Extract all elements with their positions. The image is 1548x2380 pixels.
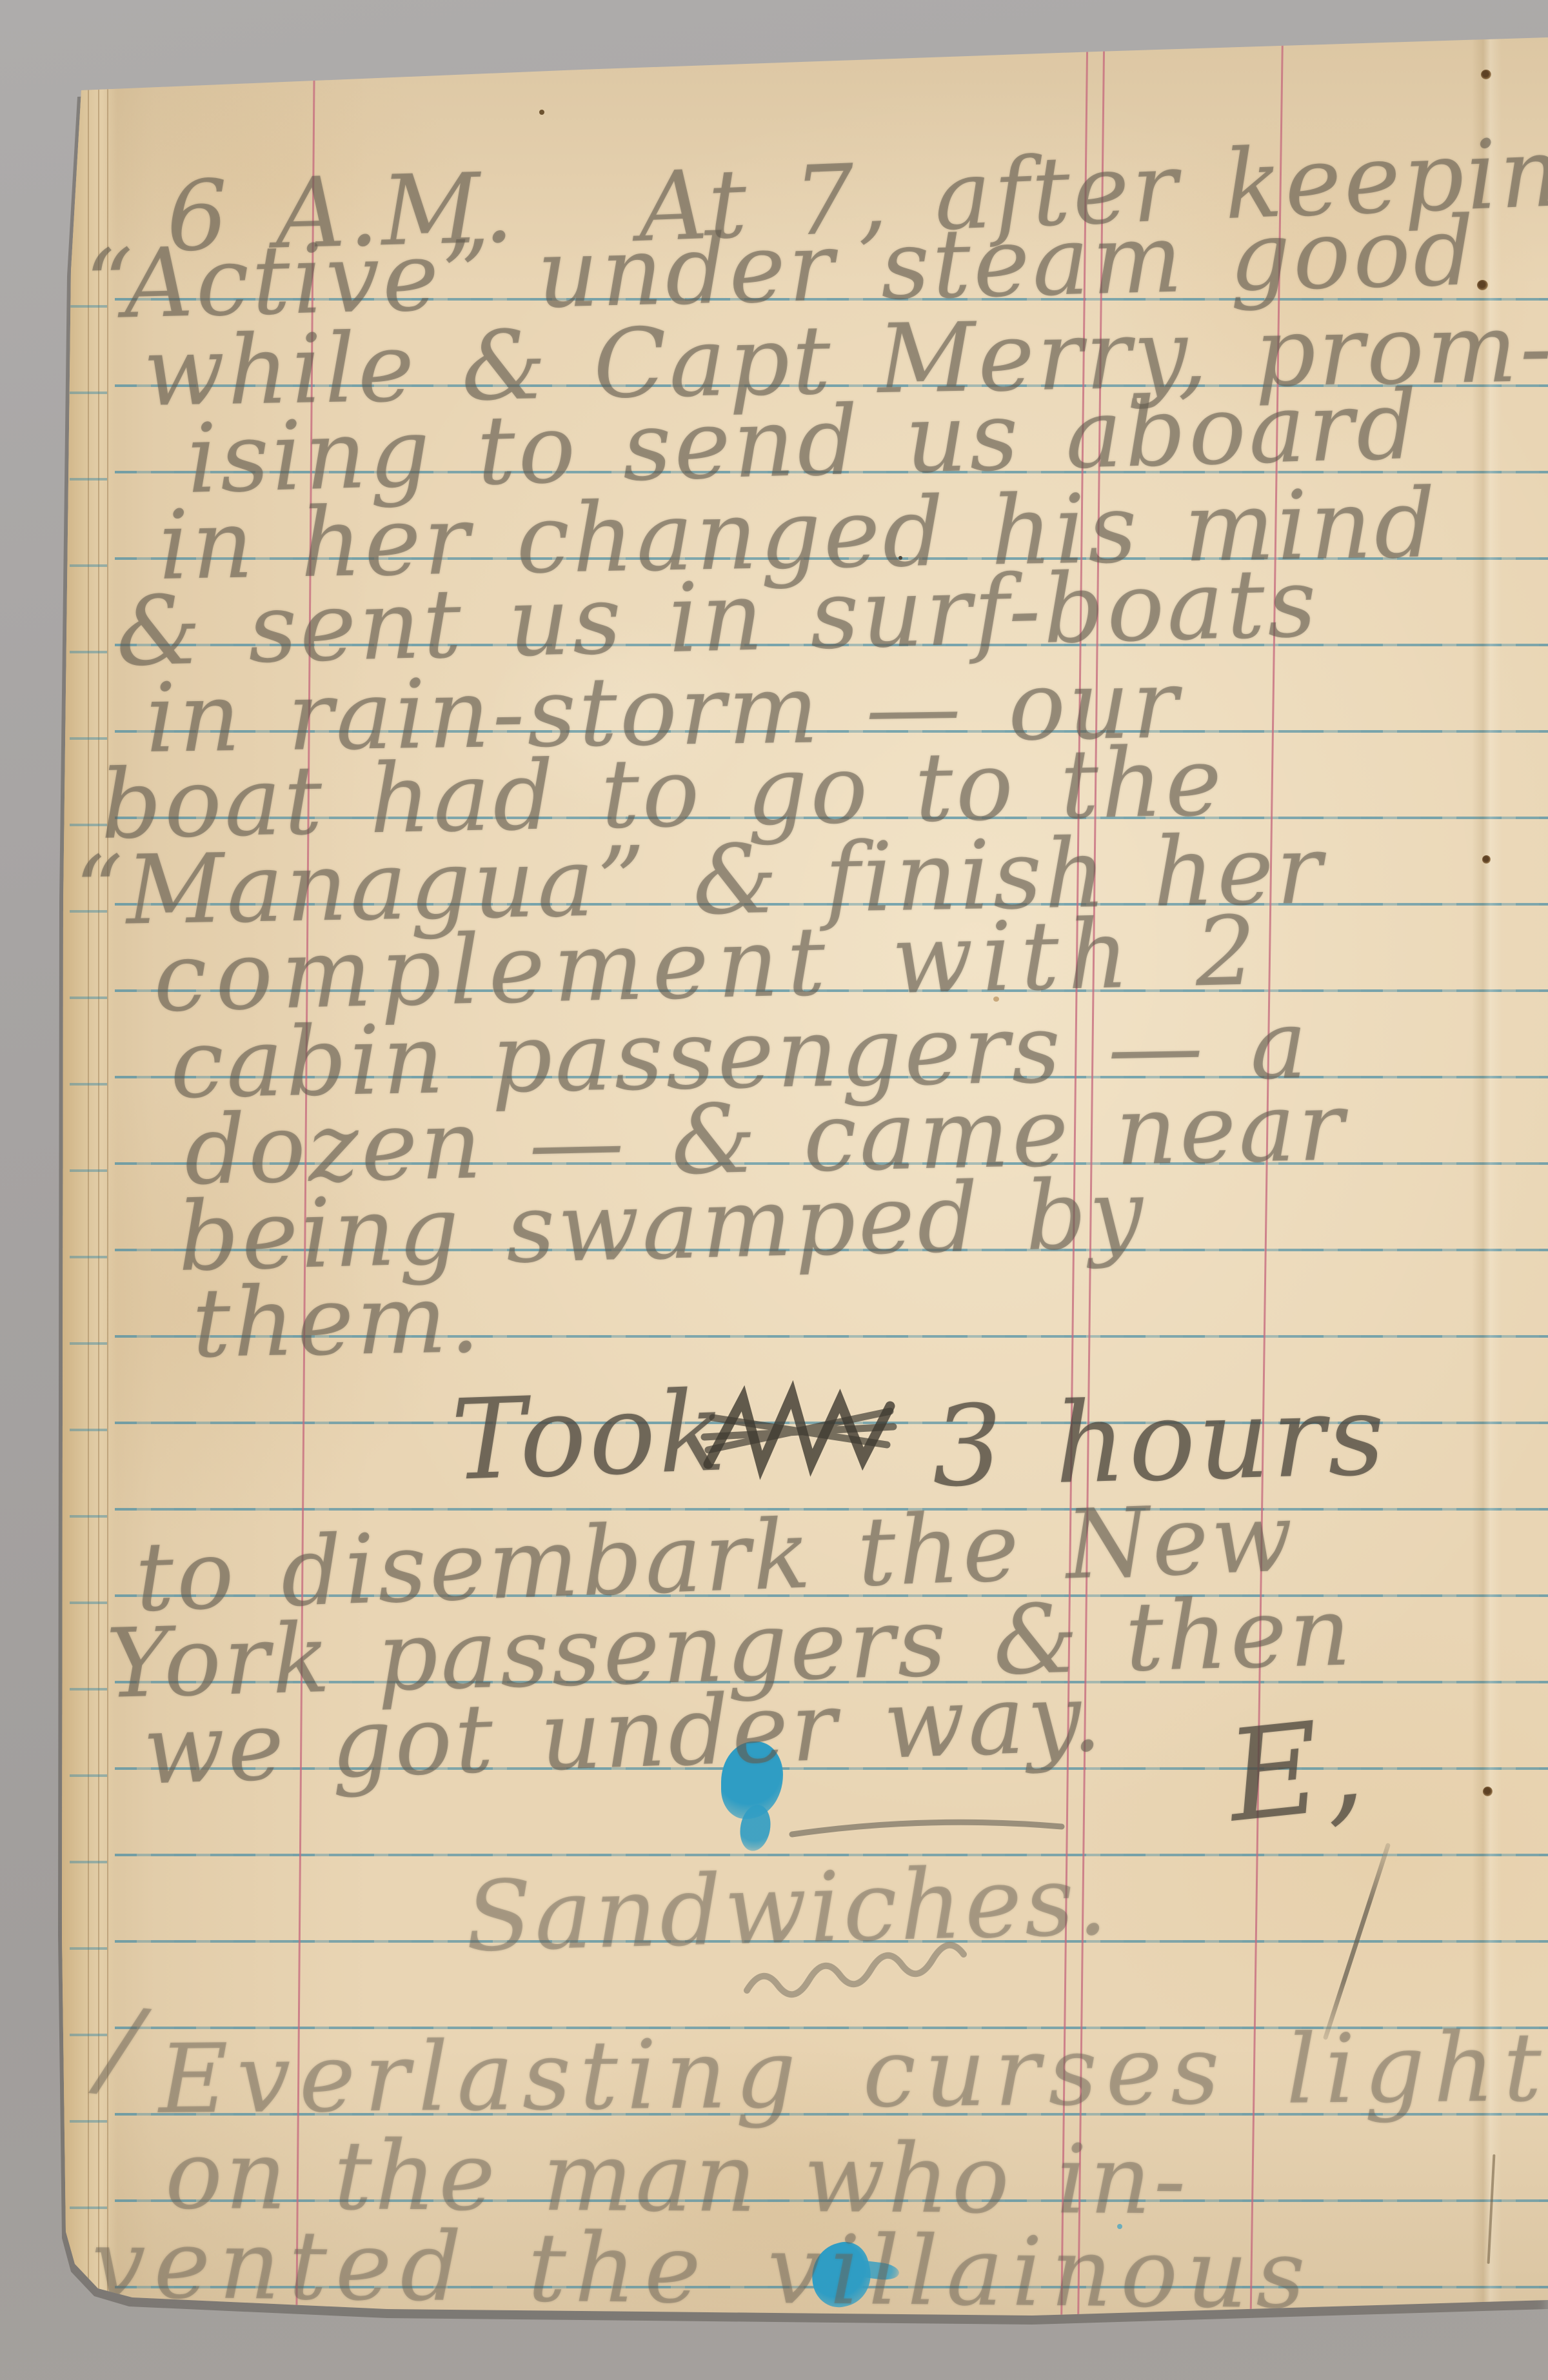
notebook-page: 6 A.M. At 7, after keeping “Active” unde… <box>0 0 1548 2380</box>
ruled-line-edge-stub <box>70 1429 107 1431</box>
ruled-line-edge-stub <box>70 1947 107 1950</box>
handwriting-line: them. <box>192 1271 483 1371</box>
foxing-speck <box>539 110 544 115</box>
wormhole <box>1477 280 1488 290</box>
ruled-line-edge-stub <box>70 1342 107 1345</box>
handwriting-line: Everlasting curses light <box>158 2019 1548 2127</box>
scribbled-out-word <box>697 1380 903 1490</box>
handwriting-line: Took <box>450 1376 729 1496</box>
ruled-line-edge-stub <box>70 1169 107 1172</box>
divider-dash <box>788 1814 1066 1843</box>
handwriting-line: Sandwiches. <box>464 1852 1111 1966</box>
ruled-line-edge-stub <box>70 1256 107 1258</box>
wormhole <box>1483 1787 1493 1796</box>
ruled-line-edge-stub <box>70 1083 107 1086</box>
ruled-line-edge-stub <box>70 392 107 394</box>
scanner-backdrop: 6 A.M. At 7, after keeping “Active” unde… <box>0 0 1548 2380</box>
wormhole <box>1481 70 1491 79</box>
ruled-line-edge-stub <box>70 478 107 481</box>
ruled-line-edge-stub <box>70 651 107 653</box>
ruled-line-edge-stub <box>70 997 107 999</box>
underline-squiggle <box>742 1957 1000 2008</box>
ruled-line-edge-stub <box>70 1774 107 1777</box>
ruled-line-edge-stub <box>70 2034 107 2036</box>
handwriting-line: 3 hours <box>931 1380 1389 1503</box>
ruled-line-edge-stub <box>70 1688 107 1691</box>
ruled-line-edge-stub <box>70 737 107 740</box>
ruled-line-edge-stub <box>70 564 107 567</box>
flourish-initial: E, <box>1222 1700 1372 1840</box>
ruled-line-edge-stub <box>70 2120 107 2123</box>
ruled-line-edge-stub <box>70 1602 107 1604</box>
ruled-line-edge-stub <box>70 1861 107 1863</box>
sheet-edge-line <box>98 0 99 2380</box>
wormhole <box>1482 855 1491 864</box>
sheet-edge-line <box>88 0 89 2380</box>
ruled-line-edge-stub <box>70 1515 107 1518</box>
